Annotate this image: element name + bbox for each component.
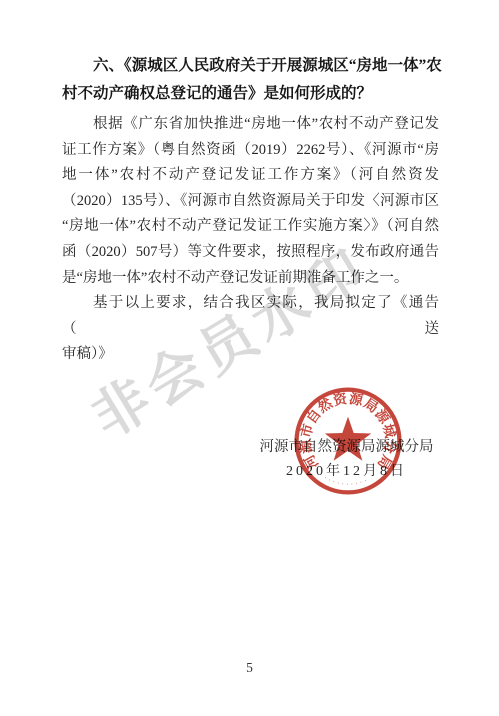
seal-bottom-marks: ·········· [323,475,370,487]
body-text-line: 是“房地一体”农村不动产登记发证前期准备工作之一。 [62,266,439,292]
paragraph-1: 根据《广东省加快推进“房地一体”农村不动产登记发 证工作方案》（粤自然资函（20… [62,112,439,291]
title-line: 村不动产确权总登记的通告》是如何形成的？ [62,80,439,108]
scanned-document-page: 非会员水印 六、《源城区人民政府关于开展源城区“房地一体”农 村不动产确权总登记… [0,0,499,716]
seal-star-icon [325,417,371,461]
page-number: 5 [0,660,499,676]
body-text-line: （2020）135号）、《河源市自然资源局关于印发〈河源市区 [62,189,439,215]
official-seal: 河源市自然资源局源城分局 ·········· [292,385,404,497]
body-text-line: 函（2020）507号）等文件要求，按照程序，发布政府通告 [62,240,439,266]
seal-bottom-marks-holder: ·········· [323,475,370,487]
body-text-line: 根据《广东省加快推进“房地一体”农村不动产登记发 [62,112,439,138]
body-text-line: “房地一体”农村不动产登记发证工作实施方案〉》（河自然 [62,214,439,240]
paragraph-2: 基于以上要求，结合我区实际，我局拟定了《通告（送 审稿）》 [62,291,439,368]
body-text-line: 审稿）》 [62,342,439,368]
title-line: 六、《源城区人民政府关于开展源城区“房地一体”农 [62,52,439,80]
document-body: 六、《源城区人民政府关于开展源城区“房地一体”农 村不动产确权总登记的通告》是如… [62,52,439,368]
body-text-line: 基于以上要求，结合我区实际，我局拟定了《通告（送 [62,291,439,342]
document-title: 六、《源城区人民政府关于开展源城区“房地一体”农 村不动产确权总登记的通告》是如… [62,52,439,108]
body-text-line: 证工作方案》（粤自然资函（2019）2262号）、《河源市“房 [62,138,439,164]
body-text-line: 地一体”农村不动产登记发证工作方案》（河自然资发 [62,163,439,189]
